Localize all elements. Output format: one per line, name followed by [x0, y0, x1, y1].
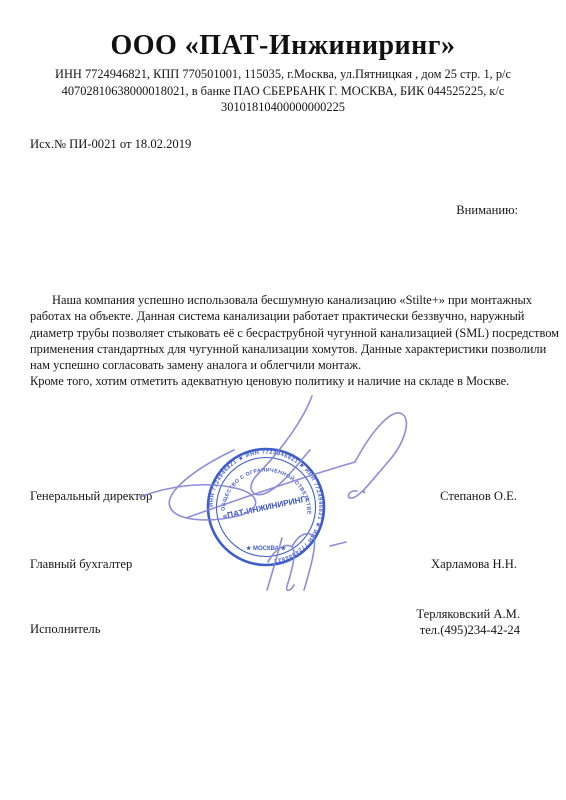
signature-stroke — [251, 396, 312, 495]
body-line: работах на объекте. Данная система канал… — [30, 308, 544, 324]
body-line: диаметр трубы позволяет стыковать её с б… — [30, 325, 544, 341]
signature-stroke — [292, 534, 315, 590]
signature-dot — [363, 491, 366, 494]
body-line: применения стандартных для чугунной кана… — [30, 341, 544, 357]
requisites-line: 40702810638000018021, в банке ПАО СБЕРБА… — [28, 83, 538, 100]
body-line: нам успешно согласовать замену аналога и… — [30, 357, 544, 373]
executor-phone: тел.(495)234-42-24 — [0, 623, 520, 639]
executor-contact: Терляковский А.М. тел.(495)234-42-24 — [0, 607, 520, 638]
attention-label: Вниманию: — [0, 203, 518, 218]
signature-stroke — [330, 542, 346, 546]
body-line: Наша компания успешно использовала бесшу… — [30, 292, 544, 308]
company-requisites: ИНН 7724946821, КПП 770501001, 115035, г… — [28, 66, 538, 116]
requisites-line: 30101810400000000225 — [28, 99, 538, 116]
letter-document: ООО «ПАТ-Инжиниринг» ИНН 7724946821, КПП… — [0, 0, 566, 800]
accountant-role-label: Главный бухгалтер — [30, 557, 132, 572]
signature-stroke — [140, 450, 256, 520]
outgoing-ref-line: Исх.№ ПИ-0021 от 18.02.2019 — [30, 137, 191, 152]
signature-stroke — [267, 538, 282, 590]
signature-stroke — [268, 545, 294, 590]
company-title: ООО «ПАТ-Инжиниринг» — [0, 30, 566, 62]
executor-name: Терляковский А.М. — [0, 607, 520, 623]
requisites-line: ИНН 7724946821, КПП 770501001, 115035, г… — [28, 66, 538, 83]
letter-body: Наша компания успешно использовала бесшу… — [30, 292, 544, 390]
handwritten-signature — [125, 385, 455, 600]
